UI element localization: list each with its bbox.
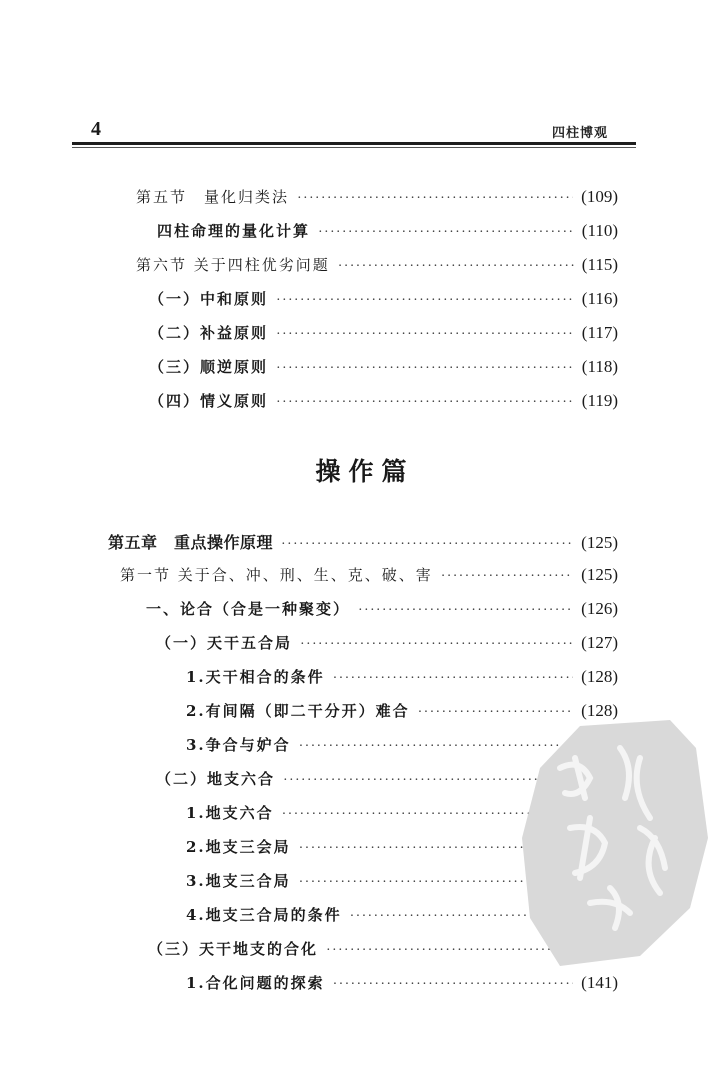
toc-entry-page: (131) — [581, 769, 618, 789]
toc-entry-page: (130) — [581, 735, 618, 755]
toc-leader-dots — [299, 841, 574, 857]
toc-entry-page: (128) — [581, 667, 618, 687]
toc-entry-title: （四）情义原则 — [149, 390, 268, 411]
toc-entry-title: 四柱命理的量化计算 — [157, 220, 310, 241]
toc-leader-dots — [299, 875, 574, 891]
toc-entry: 四柱命理的量化计算(110) — [0, 220, 718, 244]
toc-entry: 3.地支三合局(136) — [0, 870, 718, 894]
toc-entry: （一）中和原则(116) — [0, 288, 718, 312]
toc-entry-title: 3.地支三合局 — [186, 870, 291, 891]
toc-leader-dots — [276, 361, 574, 377]
toc-entry-title: 第五章 重点操作原理 — [108, 530, 273, 553]
toc-leader-dots — [333, 977, 574, 993]
toc-entry-page: (119) — [582, 391, 618, 411]
toc-leader-dots — [281, 537, 573, 553]
toc-entry-page: (110) — [582, 221, 618, 241]
toc-entry-page: (136) — [581, 871, 618, 891]
toc-entry-title: （三）天干地支的合化 — [148, 938, 318, 959]
toc-entry: （三）顺逆原则(118) — [0, 356, 718, 380]
toc-entry-title: 第一节 关于合、冲、刑、生、克、破、害 — [120, 564, 433, 585]
toc-entry-title: 2.有间隔（即二干分开）难合 — [186, 700, 410, 721]
toc-entry-title: 第六节 关于四柱优劣问题 — [136, 254, 330, 275]
toc-entry: 4.地支三合局的条件(137) — [0, 904, 718, 928]
toc-entry-title: 4.地支三合局的条件 — [186, 904, 342, 925]
toc-entry-page: (125) — [581, 533, 618, 553]
toc-entry: （四）情义原则(119) — [0, 390, 718, 414]
toc-entry-page: (128) — [581, 701, 618, 721]
toc-entry-title: 第五节 量化归类法 — [136, 186, 289, 207]
toc-entry-title: 1.地支六合 — [186, 802, 274, 823]
toc-entry-title: （三）顺逆原则 — [149, 356, 268, 377]
toc-leader-dots — [276, 327, 574, 343]
toc-entry-title: 1.合化问题的探索 — [186, 972, 325, 993]
toc-entry: 3.争合与妒合(130) — [0, 734, 718, 758]
header-rule-thin — [72, 147, 636, 148]
toc-entry-title: （二）地支六合 — [156, 768, 275, 789]
part-title: 操作篇 — [0, 452, 718, 488]
toc-leader-dots — [282, 807, 574, 823]
toc-leader-dots — [297, 191, 573, 207]
toc-leader-dots — [338, 259, 574, 275]
toc-entry: 1.天干相合的条件(128) — [0, 666, 718, 690]
toc-entry: 1.合化问题的探索(141) — [0, 972, 718, 996]
toc-entry: 第五节 量化归类法(109) — [0, 186, 718, 210]
toc-entry-title: 3.争合与妒合 — [186, 734, 291, 755]
toc-entry-page: (126) — [581, 599, 618, 619]
toc-leader-dots — [350, 909, 574, 925]
toc-leader-dots — [276, 293, 574, 309]
toc-entry: 第六节 关于四柱优劣问题(115) — [0, 254, 718, 278]
toc-entry: 第一节 关于合、冲、刑、生、克、破、害(125) — [0, 564, 718, 588]
toc-leader-dots — [418, 705, 574, 721]
toc-entry-page: (141) — [581, 939, 618, 959]
toc-entry-page: (141) — [581, 973, 618, 993]
toc-leader-dots — [299, 739, 574, 755]
toc-leader-dots — [276, 395, 574, 411]
toc-entry: （二）地支六合(131) — [0, 768, 718, 792]
toc-entry-title: 1.天干相合的条件 — [186, 666, 325, 687]
toc-entry-page: (127) — [581, 633, 618, 653]
toc-entry-title: 2.地支三会局 — [186, 836, 291, 857]
toc-entry: （三）天干地支的合化(141) — [0, 938, 718, 962]
toc-entry-page: (131) — [581, 803, 618, 823]
toc-entry-title: （一）天干五合局 — [156, 632, 292, 653]
toc-entry-page: (109) — [581, 187, 618, 207]
toc-entry-page: (116) — [582, 289, 618, 309]
toc-entry-title: （一）中和原则 — [149, 288, 268, 309]
toc-entry: （二）补益原则(117) — [0, 322, 718, 346]
toc-leader-dots — [318, 225, 574, 241]
toc-entry: 第五章 重点操作原理(125) — [0, 530, 718, 554]
toc-entry: 2.地支三会局(135) — [0, 836, 718, 860]
toc-leader-dots — [283, 773, 573, 789]
toc-entry-page: (135) — [581, 837, 618, 857]
toc-leader-dots — [300, 637, 573, 653]
toc-entry: 1.地支六合(131) — [0, 802, 718, 826]
toc-leader-dots — [358, 603, 573, 619]
toc-entry: 2.有间隔（即二干分开）难合(128) — [0, 700, 718, 724]
toc-entry-title: （二）补益原则 — [149, 322, 268, 343]
toc-entry: 一、论合（合是一种聚变）(126) — [0, 598, 718, 622]
toc-entry-title: 一、论合（合是一种聚变） — [146, 598, 350, 619]
toc-leader-dots — [333, 671, 574, 687]
toc-entry-page: (118) — [582, 357, 618, 377]
toc-leader-dots — [326, 943, 573, 959]
header-rule-thick — [72, 142, 636, 145]
toc-entry: （一）天干五合局(127) — [0, 632, 718, 656]
toc-entry-page: (117) — [582, 323, 618, 343]
running-title: 四柱博观 — [552, 122, 608, 141]
toc-entry-page: (137) — [581, 905, 618, 925]
toc-leader-dots — [441, 569, 573, 585]
page-number: 4 — [91, 118, 101, 141]
toc-entry-page: (125) — [581, 565, 618, 585]
toc-entry-page: (115) — [582, 255, 618, 275]
